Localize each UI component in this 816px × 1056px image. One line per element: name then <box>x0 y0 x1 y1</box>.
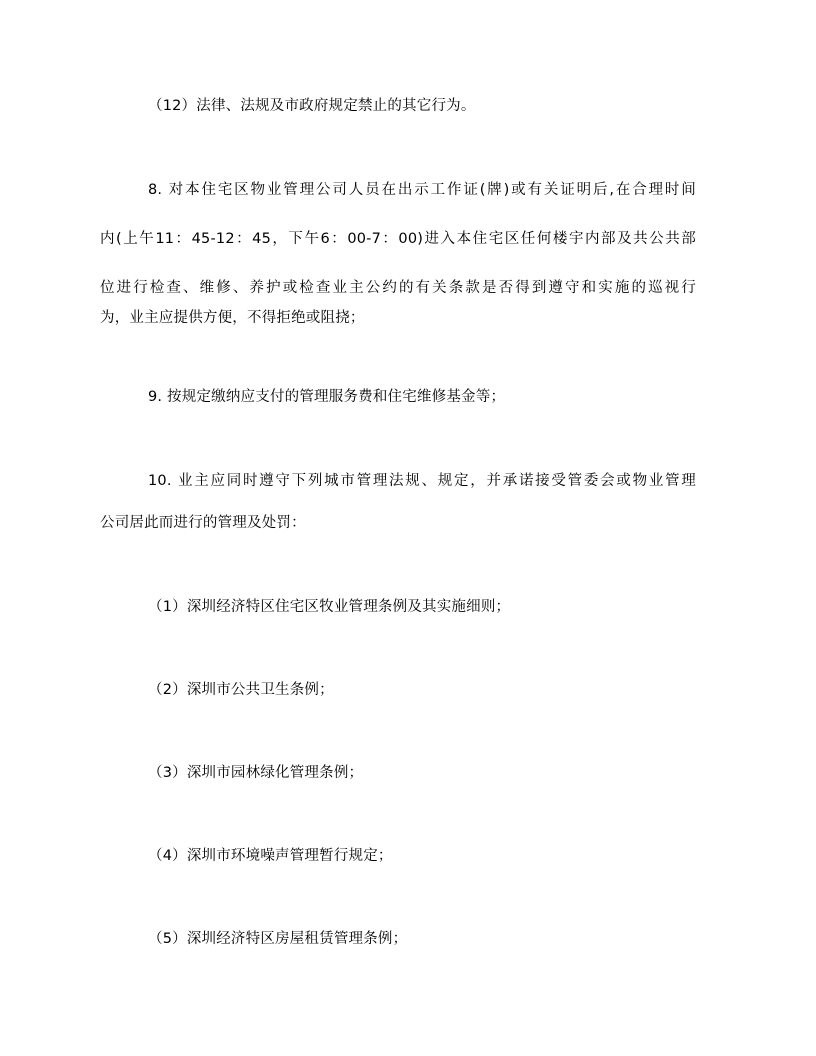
clause-12-line-1: （12）法律、法规及市政府规定禁止的其它行为。 <box>148 96 476 116</box>
clause-10-sub-1: （1）深圳经济特区住宅区牧业管理条例及其实施细则； <box>148 597 510 617</box>
clause-8-line-1: 8. 对本住宅区物业管理公司人员在出示工作证(牌)或有关证明后,在合理时间 <box>148 180 696 200</box>
clause-8-line-4: 为，业主应提供方便，不得拒绝或阻挠； <box>100 308 365 328</box>
clause-8-line-2: 内(上午11：45-12：45，下午6：00-7：00)进入本住宅区任何楼宇内部… <box>100 229 696 249</box>
clause-10-sub-4: （4）深圳市环境噪声管理暂行规定； <box>148 846 393 866</box>
clause-10-sub-2: （2）深圳市公共卫生条例； <box>148 680 334 700</box>
clause-10-sub-5: （5）深圳经济特区房屋租赁管理条例； <box>148 929 407 949</box>
clause-10-line-1: 10. 业主应同时遵守下列城市管理法规、规定，并承诺接受管委会或物业管理 <box>148 471 696 491</box>
clause-9-line-1: 9. 按规定缴纳应支付的管理服务费和住宅维修基金等； <box>148 387 505 407</box>
clause-8-line-3: 位进行检查、维修、养护或检查业主公约的有关条款是否得到遵守和实施的巡视行 <box>100 278 696 298</box>
document-page: （12）法律、法规及市政府规定禁止的其它行为。 8. 对本住宅区物业管理公司人员… <box>0 0 816 1056</box>
clause-10-sub-3: （3）深圳市园林绿化管理条例； <box>148 763 363 783</box>
clause-10-line-2: 公司居此而进行的管理及处罚： <box>100 513 306 533</box>
